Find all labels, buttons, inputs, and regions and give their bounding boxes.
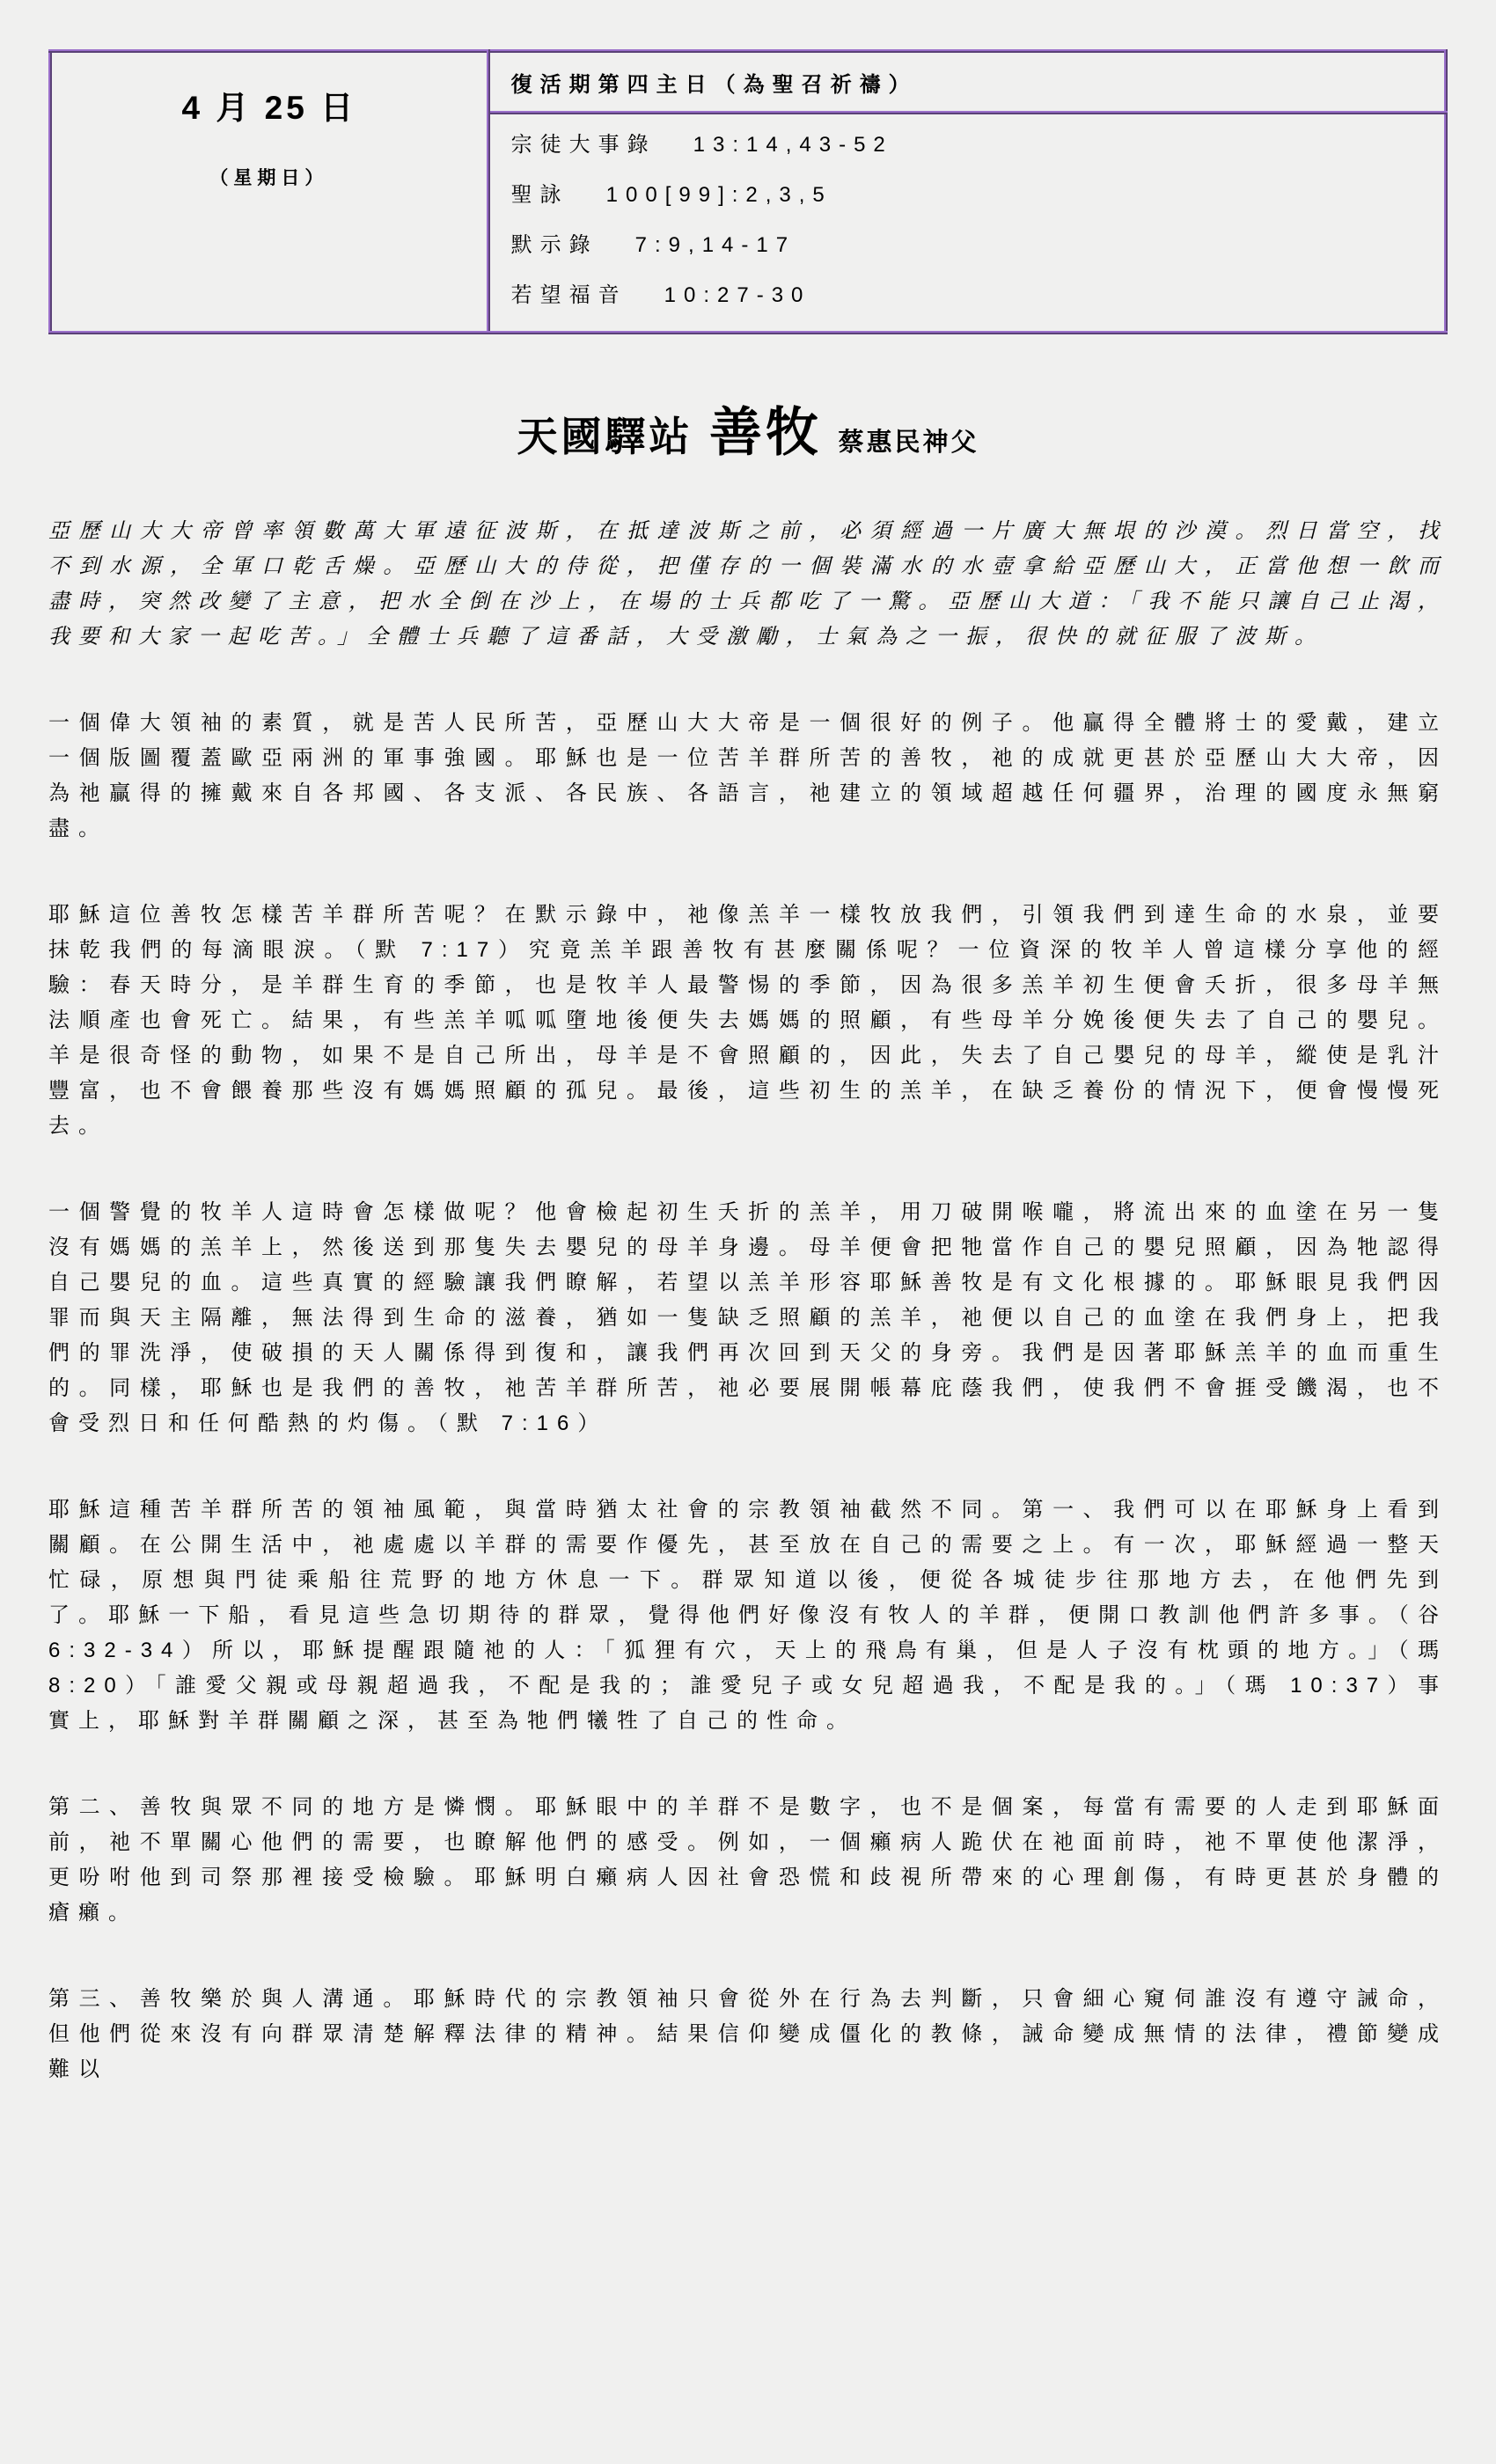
- readings-cell: 宗徒大事錄13:14,43-52 聖詠100[99]:2,3,5 默示錄7:9,…: [488, 113, 1446, 333]
- paragraph: 一個偉大領袖的素質，就是苦人民所苦，亞歷山大大帝是一個很好的例子。他贏得全體將士…: [48, 706, 1448, 847]
- feast-title: 復活期第四主日（為聖召祈禱）: [511, 73, 918, 97]
- article-title-line: 天國驛站 善牧 蔡惠民神父: [48, 391, 1448, 466]
- paragraph-anecdote: 亞歷山大大帝曾率領數萬大軍遠征波斯，在抵達波斯之前，必須經過一片廣大無垠的沙漠。…: [48, 514, 1448, 655]
- date-cell: 4 月 25 日 （星期日）: [50, 51, 488, 333]
- series-name: 天國驛站: [517, 414, 693, 459]
- reading-ref: 7:9,14-17: [635, 233, 796, 257]
- paragraph: 耶穌這位善牧怎樣苦羊群所苦呢？在默示錄中，祂像羔羊一樣牧放我們，引領我們到達生命…: [48, 898, 1448, 1144]
- paragraph-truncated: 第三、善牧樂於與人溝通。耶穌時代的宗教領袖只會從外在行為去判斷，只會細心窺伺誰沒…: [48, 1982, 1448, 2087]
- liturgical-schedule-table: 4 月 25 日 （星期日） 復活期第四主日（為聖召祈禱） 宗徒大事錄13:14…: [48, 49, 1448, 334]
- reading-book: 宗徒大事錄: [511, 133, 656, 157]
- paragraph: 一個警覺的牧羊人這時會怎樣做呢？他會檢起初生夭折的羔羊，用刀破開喉嚨，將流出來的…: [48, 1195, 1448, 1441]
- reading-ref: 13:14,43-52: [693, 133, 893, 157]
- article-title: 善牧: [709, 403, 822, 462]
- feast-title-cell: 復活期第四主日（為聖召祈禱）: [488, 51, 1446, 113]
- reading-book: 聖詠: [511, 183, 569, 207]
- document-page: 4 月 25 日 （星期日） 復活期第四主日（為聖召祈禱） 宗徒大事錄13:14…: [0, 49, 1496, 2087]
- reading-ref: 10:27-30: [664, 283, 811, 307]
- reading-book: 若望福音: [511, 283, 627, 307]
- reading-ref: 100[99]:2,3,5: [606, 183, 832, 207]
- date-text: 4 月 25 日: [53, 81, 486, 128]
- article-author: 蔡惠民神父: [838, 429, 979, 457]
- reading-row: 若望福音10:27-30: [511, 270, 1435, 320]
- reading-row: 宗徒大事錄13:14,43-52: [511, 120, 1435, 170]
- paragraph: 耶穌這種苦羊群所苦的領袖風範，與當時猶太社會的宗教領袖截然不同。第一、我們可以在…: [48, 1492, 1448, 1739]
- paragraph: 第二、善牧與眾不同的地方是憐憫。耶穌眼中的羊群不是數字，也不是個案，每當有需要的…: [48, 1790, 1448, 1931]
- reading-book: 默示錄: [511, 233, 598, 257]
- reading-row: 默示錄7:9,14-17: [511, 220, 1435, 270]
- table-row: 4 月 25 日 （星期日） 復活期第四主日（為聖召祈禱）: [50, 51, 1446, 113]
- reading-row: 聖詠100[99]:2,3,5: [511, 170, 1435, 220]
- weekday-text: （星期日）: [53, 164, 486, 190]
